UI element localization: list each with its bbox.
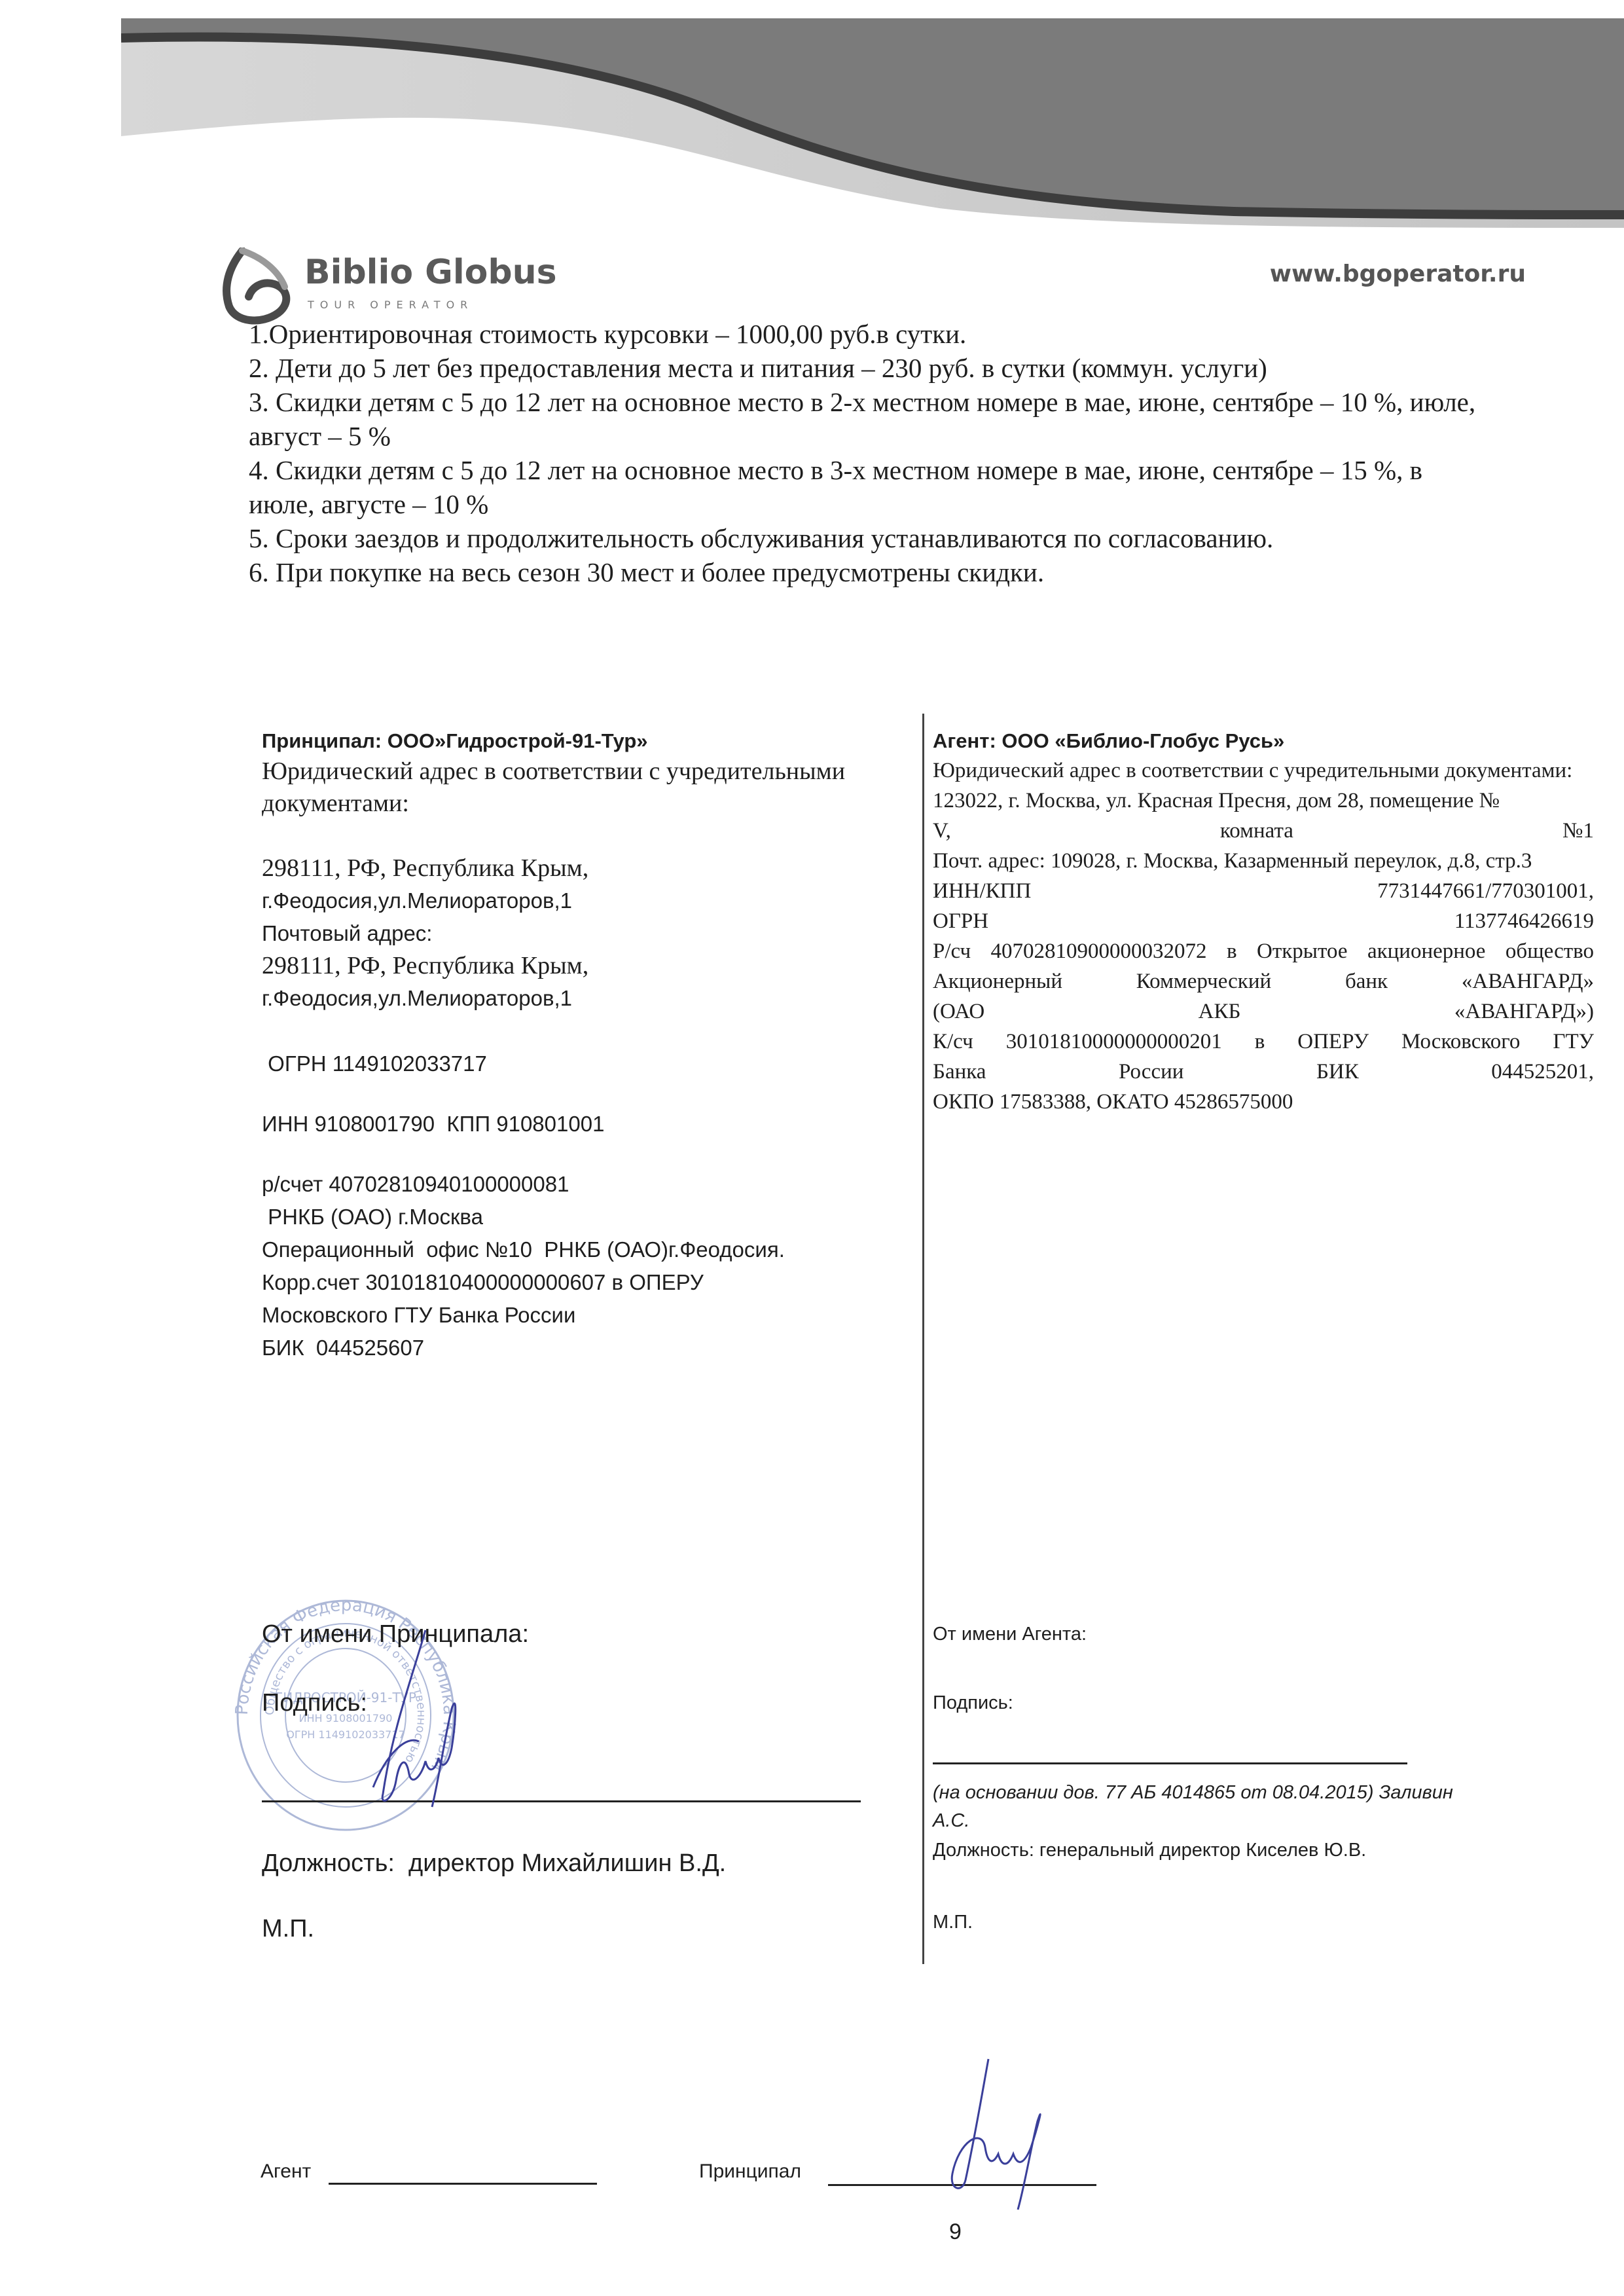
term-item: август – 5 % bbox=[249, 419, 1624, 453]
principal-bank: РНКБ (ОАО) г.Москва bbox=[262, 1201, 890, 1233]
agent-legal-label: Юридический адрес в соответствии с учред… bbox=[933, 756, 1594, 786]
agent-heading: Агент: ООО «Библио-Глобус Русь» bbox=[933, 727, 1594, 756]
biblio-globus-logo-icon bbox=[216, 247, 298, 326]
agent-position: Должность: генеральный директор Киселев … bbox=[933, 1840, 1366, 1861]
agent-postal-address: Почт. адрес: 109028, г. Москва, Казармен… bbox=[933, 846, 1594, 876]
principal-heading: Принципал: ООО»Гидрострой-91-Тур» bbox=[262, 727, 890, 756]
principal-handwritten-signature bbox=[334, 1624, 465, 1820]
term-item: 6. При покупке на весь сезон 30 мест и б… bbox=[249, 555, 1624, 589]
term-item: 3. Скидки детям с 5 до 12 лет на основно… bbox=[249, 385, 1624, 419]
principal-account: р/счет 40702810940100000081 bbox=[262, 1168, 890, 1201]
principal-legal-address-2: г.Феодосия,ул.Мелиораторов,1 bbox=[262, 884, 890, 917]
term-item: 2. Дети до 5 лет без предоставления мест… bbox=[249, 351, 1624, 385]
term-item: 1.Ориентировочная стоимость курсовки – 1… bbox=[249, 317, 1624, 351]
principal-ogrn: ОГРН 1149102033717 bbox=[262, 1048, 890, 1080]
column-divider bbox=[922, 714, 924, 1964]
agent-address-room: V, комната №1 bbox=[933, 816, 1594, 846]
agent-corr-account: К/сч 30101810000000000201 в ОПЕРУ Москов… bbox=[933, 1027, 1594, 1057]
page-number: 9 bbox=[949, 2219, 962, 2245]
principal-postal-address-2: г.Феодосия,ул.Мелиораторов,1 bbox=[262, 982, 890, 1015]
agent-account: Р/сч 40702810900000032072 в Открытое акц… bbox=[933, 936, 1594, 996]
footer-agent-label: Агент bbox=[261, 2160, 311, 2183]
footer-principal-label: Принципал bbox=[699, 2160, 801, 2183]
agent-signature-line[interactable] bbox=[933, 1762, 1407, 1764]
principal-seal-mark: М.П. bbox=[262, 1915, 314, 1943]
principal-office: Операционный офис №10 РНКБ (ОАО)г.Феодос… bbox=[262, 1233, 890, 1266]
principal-corr-bank: Московского ГТУ Банка России bbox=[262, 1299, 890, 1332]
agent-bik: Банка России БИК 044525201, bbox=[933, 1057, 1594, 1087]
principal-legal-address: 298111, РФ, Республика Крым, bbox=[262, 852, 890, 884]
terms-list: 1.Ориентировочная стоимость курсовки – 1… bbox=[249, 317, 1624, 589]
agent-bank-short: (ОАО АКБ «АВАНГАРД») bbox=[933, 996, 1594, 1027]
website-url[interactable]: www.bgoperator.ru bbox=[1270, 261, 1526, 287]
agent-signature-label: Подпись: bbox=[933, 1692, 1013, 1714]
principal-legal-label-2: документами: bbox=[262, 788, 890, 820]
company-logo: Biblio Globus TOUR OPERATOR bbox=[216, 247, 609, 313]
principal-legal-label: Юридический адрес в соответствии с учред… bbox=[262, 756, 890, 788]
agent-address-line: 123022, г. Москва, ул. Красная Пресня, д… bbox=[933, 786, 1594, 816]
brand-tagline: TOUR OPERATOR bbox=[308, 299, 473, 311]
footer-agent-signature-line[interactable] bbox=[329, 2166, 597, 2185]
principal-bik: БИК 044525607 bbox=[262, 1332, 890, 1364]
agent-requisites: Агент: ООО «Библио-Глобус Русь» Юридичес… bbox=[933, 727, 1594, 1117]
agent-inn-kpp: ИНН/КПП 7731447661/770301001, bbox=[933, 876, 1594, 906]
principal-postal-address: 298111, РФ, Республика Крым, bbox=[262, 950, 890, 982]
agent-basis: (на основании дов. 77 АБ 4014865 от 08.0… bbox=[933, 1782, 1453, 1804]
agent-on-behalf: От имени Агента: bbox=[933, 1624, 1087, 1645]
principal-inn-kpp: ИНН 9108001790 КПП 910801001 bbox=[262, 1108, 890, 1140]
brand-name: Biblio Globus bbox=[304, 253, 557, 292]
term-item: 4. Скидки детям с 5 до 12 лет на основно… bbox=[249, 453, 1624, 487]
agent-ogrn: ОГРН 1137746426619 bbox=[933, 906, 1594, 936]
agent-basis-name: А.С. bbox=[933, 1810, 969, 1832]
agent-codes: ОКПО 17583388, ОКАТО 45286575000 bbox=[933, 1087, 1594, 1117]
principal-corr-account: Корр.счет 30101810400000000607 в ОПЕРУ bbox=[262, 1266, 890, 1299]
principal-postal-label: Почтовый адрес: bbox=[262, 917, 890, 950]
principal-requisites: Принципал: ООО»Гидрострой-91-Тур» Юридич… bbox=[262, 727, 890, 1364]
term-item: июле, августе – 10 % bbox=[249, 487, 1624, 521]
footer-principal-handwritten-signature bbox=[910, 2056, 1067, 2213]
agent-seal-mark: М.П. bbox=[933, 1912, 973, 1933]
term-item: 5. Сроки заездов и продолжительность обс… bbox=[249, 521, 1624, 555]
principal-position: Должность: директор Михайлишин В.Д. bbox=[262, 1850, 726, 1878]
header-wave-banner bbox=[121, 18, 1624, 228]
